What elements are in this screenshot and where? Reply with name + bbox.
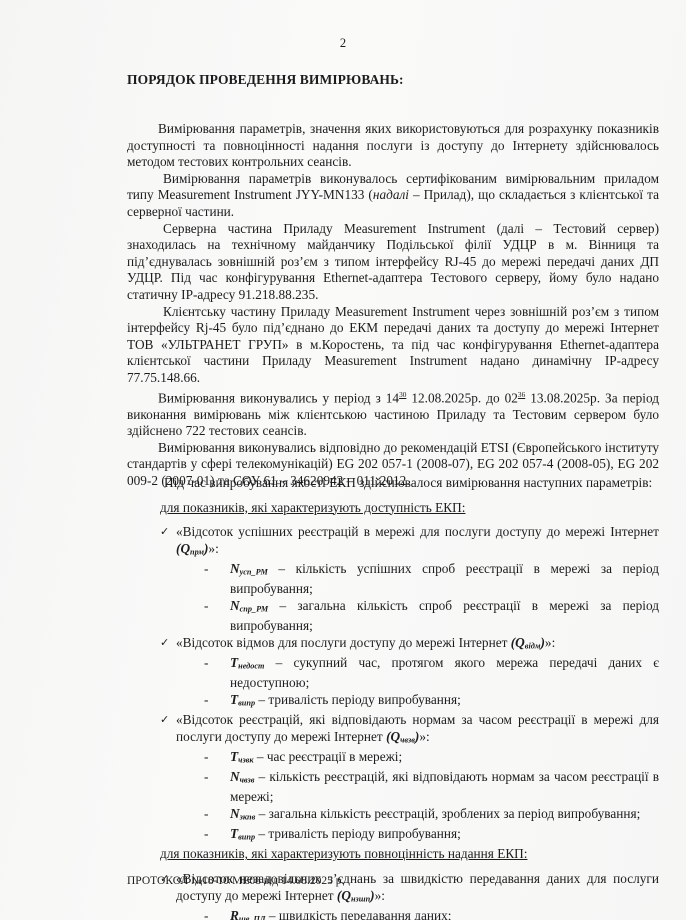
parameter-symbol: Qчвзв bbox=[391, 729, 415, 744]
paragraph-server: Серверна частина Приладу Measurement Ins… bbox=[127, 221, 659, 304]
dash-bullet: - bbox=[204, 826, 208, 843]
dash-bullet: - bbox=[204, 561, 208, 578]
parameter-symbol-subscript: чзвк bbox=[238, 755, 253, 764]
parameter-groups: для показників, які характеризують досту… bbox=[160, 500, 659, 920]
dash-bullet: - bbox=[204, 806, 208, 823]
parameter-symbol-group: (Qвідм) bbox=[511, 635, 545, 650]
group-heading: для показників, які характеризують повно… bbox=[160, 846, 659, 863]
parameter-item: -Tнедост – сукупний час, протягом якого … bbox=[160, 655, 659, 692]
checkmark-icon: ✓ bbox=[160, 524, 169, 541]
parameter-symbol-subscript: спр_РМ bbox=[240, 604, 269, 613]
parameter-item: -Nусп_РМ – кількість успішних спроб реєс… bbox=[160, 561, 659, 598]
parameter-bullet: ✓«Відсоток успішних реєстрацій в мережі … bbox=[160, 524, 659, 561]
parameters-list: Під час випробування якості ЕКП здійснюв… bbox=[160, 475, 659, 920]
parameter-item: -Rшв_ПД – швидкість передавання даних; bbox=[160, 908, 659, 920]
parameter-symbol-subscript: чвзв bbox=[240, 776, 255, 785]
dash-bullet: - bbox=[204, 655, 208, 672]
parameter-symbol: Tчзвк bbox=[230, 749, 254, 764]
paragraph-method: Вимірювання параметрів, значення яких ви… bbox=[127, 121, 659, 171]
parameter-symbol-subscript: випр bbox=[238, 833, 255, 842]
parameter-bullet: ✓«Відсоток відмов для послуги доступу до… bbox=[160, 635, 659, 655]
document-page: 2 ПОРЯДОК ПРОВЕДЕННЯ ВИМІРЮВАНЬ: Вимірюв… bbox=[0, 0, 686, 920]
parameter-item: -Nчвзв – кількість реєстрацій, які відпо… bbox=[160, 769, 659, 806]
parameter-symbol: Nзкпв bbox=[230, 806, 255, 821]
parameter-bullet: ✓«Відсоток реєстрацій, які відповідають … bbox=[160, 712, 659, 749]
group-heading: для показників, які характеризують досту… bbox=[160, 500, 659, 517]
parameter-symbol-subscript: недост bbox=[238, 662, 264, 671]
methodology-text: Вимірювання параметрів, значення яких ви… bbox=[127, 121, 659, 490]
parameter-symbol-subscript: відм bbox=[525, 641, 541, 650]
parameter-symbol: Tвипр bbox=[230, 826, 255, 841]
parameter-symbol: Qнзшп bbox=[341, 888, 370, 903]
parameter-symbol: Qвідм bbox=[515, 635, 540, 650]
dash-bullet: - bbox=[204, 692, 208, 709]
parameter-symbol-subscript: чвзв bbox=[400, 735, 415, 744]
checkmark-icon: ✓ bbox=[160, 712, 169, 729]
parameter-item: -Tвипр – тривалість періоду випробування… bbox=[160, 826, 659, 846]
parameter-symbol-group: (Qнзшп) bbox=[337, 888, 375, 903]
parameter-symbol-subscript: зкпв bbox=[240, 813, 256, 822]
parameter-symbol-subscript: прм bbox=[190, 547, 204, 556]
parameter-item: -Tчзвк – час реєстрації в мережі; bbox=[160, 749, 659, 769]
section-title: ПОРЯДОК ПРОВЕДЕННЯ ВИМІРЮВАНЬ: bbox=[127, 72, 404, 88]
parameter-symbol-subscript: шв_ПД bbox=[239, 914, 266, 920]
dash-bullet: - bbox=[204, 908, 208, 920]
dash-bullet: - bbox=[204, 598, 208, 615]
dash-bullet: - bbox=[204, 769, 208, 786]
paragraph-period: Вимірювання виконувались у період з 1430… bbox=[127, 387, 659, 440]
parameter-item: -Tвипр – тривалість періоду випробування… bbox=[160, 692, 659, 712]
parameter-symbol: Nусп_РМ bbox=[230, 561, 268, 576]
paragraph-client: Клієнтську частину Приладу Measurement I… bbox=[127, 304, 659, 387]
parameter-symbol: Tнедост bbox=[230, 655, 264, 670]
parameter-symbol-subscript: випр bbox=[238, 698, 255, 707]
parameter-symbol: Qпрм bbox=[180, 541, 204, 556]
parameter-symbol-group: (Qчвзв) bbox=[386, 729, 419, 744]
protocol-footer: ПРОТОКОЛ №18-10/МЕ08 від 14.08.2025 р. bbox=[127, 875, 344, 887]
page-number: 2 bbox=[0, 36, 686, 51]
dash-bullet: - bbox=[204, 749, 208, 766]
parameter-symbol: Nчвзв bbox=[230, 769, 254, 784]
parameter-symbol: Nспр_РМ bbox=[230, 598, 268, 613]
parameter-symbol-subscript: усп_РМ bbox=[240, 568, 268, 577]
parameter-symbol: Rшв_ПД bbox=[230, 908, 266, 920]
paragraph-instrument: Вимірювання параметрів виконувалось серт… bbox=[127, 171, 659, 221]
parameters-intro: Під час випробування якості ЕКП здійснюв… bbox=[164, 475, 659, 492]
parameter-item: -Nспр_РМ – загальна кількість спроб реєс… bbox=[160, 598, 659, 635]
parameter-symbol-subscript: нзшп bbox=[351, 894, 370, 903]
parameter-symbol-group: (Qпрм) bbox=[176, 541, 208, 556]
parameter-item: -Nзкпв – загальна кількість реєстрацій, … bbox=[160, 806, 659, 826]
checkmark-icon: ✓ bbox=[160, 635, 169, 652]
parameter-symbol: Tвипр bbox=[230, 692, 255, 707]
